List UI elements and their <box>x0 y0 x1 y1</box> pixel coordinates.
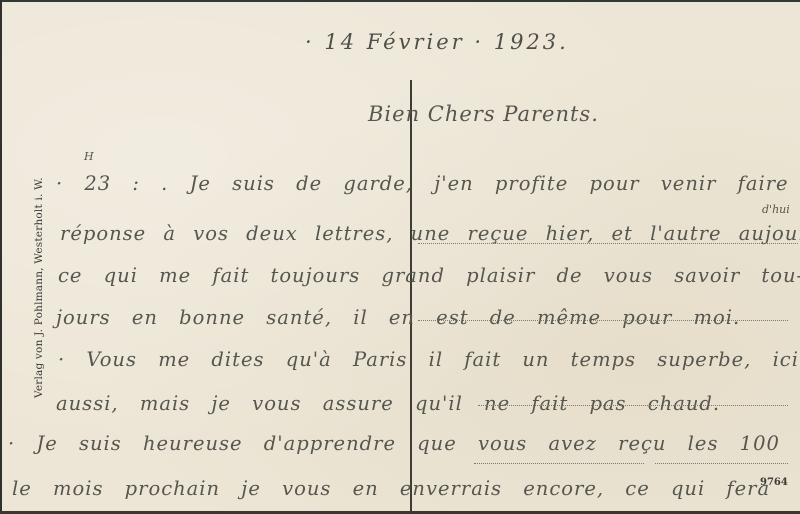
salutation: Bien Chers Parents. <box>368 102 599 126</box>
letter-line-8: le mois prochain je vous en enverrais en… <box>12 477 770 500</box>
letter-line-1: · 23 : . Je suis de garde, j'en profite … <box>56 172 789 195</box>
letter-line-3: ce qui me fait toujours grand plaisir de… <box>58 264 800 287</box>
letter-line-5: · Vous me dites qu'à Paris il fait un te… <box>58 348 799 371</box>
address-rule-2 <box>418 320 788 321</box>
letter-line-4: jours en bonne santé, il en est de même … <box>56 306 740 329</box>
letter-line-7: · Je suis heureuse d'apprendre que vous … <box>8 432 800 455</box>
publisher-imprint: Verlag von J. Pohlmann, Westerholt i. W. <box>33 177 45 398</box>
address-rule-1 <box>418 243 798 244</box>
address-rule-3 <box>478 405 788 406</box>
scan-edge-top <box>0 0 800 2</box>
superscript-dhui: d'hui <box>762 203 790 216</box>
scan-edge-left <box>0 0 2 514</box>
superscript-hour: H <box>84 150 94 163</box>
postcard: Verlag von J. Pohlmann, Westerholt i. W.… <box>0 0 800 514</box>
letter-date: · 14 Février · 1923. <box>305 30 569 54</box>
address-rule-4b <box>655 463 788 464</box>
letter-line-6: aussi, mais je vous assure qu'il ne fait… <box>56 392 720 415</box>
card-stock-number: 9764 <box>760 477 788 488</box>
letter-line-2: réponse à vos deux lettres, une reçue hi… <box>60 222 800 245</box>
address-rule-4a <box>474 463 644 464</box>
